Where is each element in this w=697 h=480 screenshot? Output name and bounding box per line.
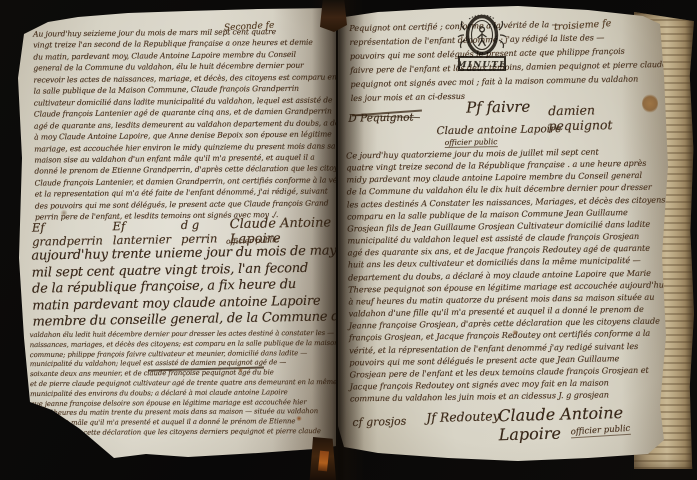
signature-officer: Claude Antoine Lapoire — [498, 402, 663, 444]
signature: cf grosjos — [352, 415, 406, 429]
left-entry-2-paragraph: valdahon élu ledit huit décembre dernier… — [30, 329, 336, 439]
manuscript-page-right: troisieme fe Pequignot ont certifié ; co… — [338, 6, 668, 468]
signature: damien pequignot — [548, 101, 661, 133]
left-entry-2-opening: aujourd'huy trente unieme jour du mois d… — [31, 243, 336, 331]
left-page-content: Seconde fe Au jourd'huy seizieme jour du… — [18, 8, 336, 466]
signature: Pf faivre — [466, 98, 531, 117]
scanner-background: Seconde fe Au jourd'huy seizieme jour du… — [0, 0, 697, 480]
right-page-content: troisieme fe Pequignot ont certifié ; co… — [338, 6, 668, 468]
signature: Jf Redoutey — [426, 408, 500, 425]
right-entry-2-paragraph: Ce jourd'huy quatorzieme jour du mois de… — [346, 145, 664, 405]
manuscript-line: faivre ; d'après cette déclaration que l… — [30, 427, 336, 439]
manuscript-page-left: Seconde fe Au jourd'huy seizieme jour du… — [18, 8, 336, 466]
signature: Ef lanternier — [112, 218, 171, 247]
stamp-label: MINUTE — [456, 60, 507, 70]
left-entry-1-paragraph: Au jourd'huy seizieme jour du mois de ma… — [33, 25, 335, 223]
minute-stamp-icon: MINUTE — [456, 10, 508, 74]
signature-officer: Claude antoine Lapoire — [436, 123, 561, 137]
signature: d g perrin — [181, 217, 220, 246]
signature: Ef grandperrin — [32, 219, 103, 248]
signature-struck: D Pequignot — [348, 112, 414, 125]
